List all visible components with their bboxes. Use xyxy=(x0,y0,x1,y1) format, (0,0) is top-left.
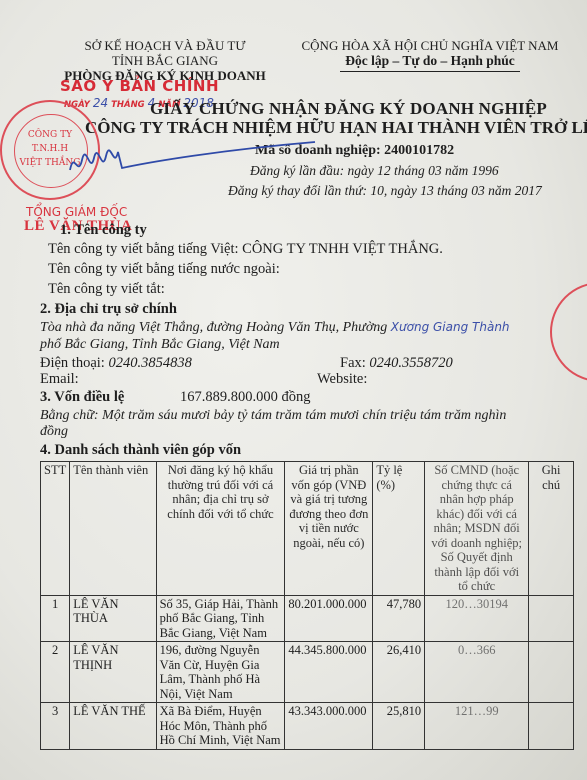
row-name: LÊ VĂN THÙA xyxy=(70,595,156,642)
row-id: 120…30194 xyxy=(425,595,529,642)
col-name: Tên thành viên xyxy=(70,462,156,596)
certified-copy-stamp: SAO Y BẢN CHÍNH xyxy=(60,77,219,95)
row-note xyxy=(529,703,574,750)
row-stt: 3 xyxy=(41,703,70,750)
row-name: LÊ VĂN THỊNH xyxy=(70,642,156,703)
address-line-2: phố Bắc Giang, Tỉnh Bắc Giang, Việt Nam xyxy=(40,337,280,353)
certificate-title: GIẤY CHỨNG NHẬN ĐĂNG KÝ DOANH NGHIỆP xyxy=(150,99,547,119)
seal-line-1: CÔNG TY xyxy=(2,130,98,140)
date-month-label: THÁNG xyxy=(111,100,145,110)
signature-icon xyxy=(60,140,320,180)
capital-in-words-1: Bằng chữ: Một trăm sáu mươi bảy tỷ tám t… xyxy=(40,408,506,424)
phone-label: Điện thoại: xyxy=(40,355,105,371)
phone: Điện thoại: 0240.3854838 xyxy=(40,355,192,372)
row-capital: 44.345.800.000 xyxy=(285,642,373,703)
row-ratio: 26,410 xyxy=(373,642,425,703)
row-ratio: 25,810 xyxy=(373,703,425,750)
section-3-heading: 3. Vốn điều lệ xyxy=(40,389,124,406)
email-label: Email: xyxy=(40,371,79,388)
table-row: 2LÊ VĂN THỊNH196, đường Nguyễn Văn Cừ, H… xyxy=(41,642,574,703)
col-address: Nơi đăng ký hộ khẩu thường trú đối với c… xyxy=(156,462,285,596)
charter-capital: 167.889.800.000 đồng xyxy=(180,389,311,406)
row-note xyxy=(529,595,574,642)
section-4-heading: 4. Danh sách thành viên góp vốn xyxy=(40,442,241,459)
vietnamese-company-name: Tên công ty viết bằng tiếng Việt: CÔNG T… xyxy=(48,241,443,258)
table-row: 1LÊ VĂN THÙASố 35, Giáp Hải, Thành phố B… xyxy=(41,595,574,642)
phone-value: 0240.3854838 xyxy=(108,355,191,371)
website-label: Website: xyxy=(317,371,367,388)
col-ratio: Tỷ lệ (%) xyxy=(373,462,425,596)
row-id: 121…99 xyxy=(425,703,529,750)
address-handwritten: Xương Giang Thành xyxy=(391,320,510,334)
row-name: LÊ VĂN THẾ xyxy=(70,703,156,750)
director-title: TỔNG GIÁM ĐỐC xyxy=(26,205,127,219)
address-printed: Tòa nhà đa năng Việt Thắng, đường Hoàng … xyxy=(40,320,387,335)
section-2-heading: 2. Địa chỉ trụ sở chính xyxy=(40,301,177,318)
members-table: STT Tên thành viên Nơi đăng ký hộ khẩu t… xyxy=(40,461,574,750)
short-company-name: Tên công ty viết tắt: xyxy=(48,281,165,298)
row-address: 196, đường Nguyễn Văn Cừ, Huyện Gia Lâm,… xyxy=(156,642,285,703)
date-day: 24 xyxy=(93,96,108,110)
row-id: 0…366 xyxy=(425,642,529,703)
authority-line-1: SỞ KẾ HOẠCH VÀ ĐẦU TƯ xyxy=(60,38,270,53)
row-ratio: 47,780 xyxy=(373,595,425,642)
company-type: CÔNG TY TRÁCH NHIỆM HỮU HẠN HAI THÀNH VI… xyxy=(85,118,587,138)
capital-in-words-2: đồng xyxy=(40,424,68,440)
country-name: CỘNG HÒA XÃ HỘI CHỦ NGHĨA VIỆT NAM xyxy=(280,38,580,53)
col-id: Số CMND (hoặc chứng thực cá nhân hợp phá… xyxy=(425,462,529,596)
company-seal-partial xyxy=(550,282,587,382)
authority-line-2: TỈNH BẮC GIANG xyxy=(60,53,270,68)
fax-value: 0240.3558720 xyxy=(369,355,452,371)
change-registration: Đăng ký thay đổi lần thứ: 10, ngày 13 th… xyxy=(228,183,542,199)
row-address: Xã Bà Điểm, Huyện Hóc Môn, Thành phố Hồ … xyxy=(156,703,285,750)
motto-underline xyxy=(340,71,520,72)
col-note: Ghi chú xyxy=(529,462,574,596)
scanned-document-page: SỞ KẾ HOẠCH VÀ ĐẦU TƯ TỈNH BẮC GIANG PHÒ… xyxy=(0,0,587,780)
row-note xyxy=(529,642,574,703)
section-1-heading: 1. Tên công ty xyxy=(60,222,147,239)
table-row: 3LÊ VĂN THẾXã Bà Điểm, Huyện Hóc Môn, Th… xyxy=(41,703,574,750)
foreign-company-name: Tên công ty viết bằng tiếng nước ngoài: xyxy=(48,261,280,278)
motto: Độc lập – Tự do – Hạnh phúc xyxy=(280,53,580,68)
row-capital: 80.201.000.000 xyxy=(285,595,373,642)
table-header-row: STT Tên thành viên Nơi đăng ký hộ khẩu t… xyxy=(41,462,574,596)
row-stt: 1 xyxy=(41,595,70,642)
row-stt: 2 xyxy=(41,642,70,703)
fax-label: Fax: xyxy=(340,355,366,371)
address-line-1: Tòa nhà đa năng Việt Thắng, đường Hoàng … xyxy=(40,320,510,336)
national-motto: CỘNG HÒA XÃ HỘI CHỦ NGHĨA VIỆT NAM Độc l… xyxy=(280,38,580,72)
row-capital: 43.343.000.000 xyxy=(285,703,373,750)
fax: Fax: 0240.3558720 xyxy=(340,355,453,372)
col-capital: Giá trị phần vốn góp (VNĐ và giá trị tươ… xyxy=(285,462,373,596)
row-address: Số 35, Giáp Hải, Thành phố Bắc Giang, Tỉ… xyxy=(156,595,285,642)
col-stt: STT xyxy=(41,462,70,596)
